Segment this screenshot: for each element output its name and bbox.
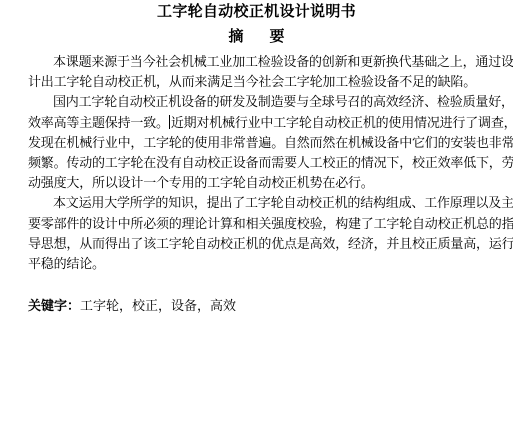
text-line: 本课题来源于当今社会机械工业加工检验设备的创新和更新换代基础之上，通过设 <box>28 53 488 73</box>
text-line: 频繁。传动的工字轮在没有自动校正设备而需要人工校正的情况下，校正效率低下，劳 <box>28 154 488 174</box>
abstract-body[interactable]: 本课题来源于当今社会机械工业加工检验设备的创新和更新换代基础之上，通过设 计出工… <box>28 53 488 275</box>
text-segment: 近期对机械行业中工字轮自动校正机的使用情况进行了调查， <box>171 116 513 131</box>
document-title: 工字轮自动校正机设计说明书 <box>0 1 513 21</box>
keywords-line: 关键字：工字轮，校正，设备，高效 <box>28 297 236 317</box>
text-cursor <box>169 115 170 129</box>
keywords-value: 工字轮，校正，设备，高效 <box>80 299 236 314</box>
abstract-heading-right: 要 <box>270 27 285 45</box>
text-line: 发现在机械行业中，工字轮的使用非常普遍。自然而然在机械设备中它们的安装也非常 <box>28 134 488 154</box>
text-line: 要零部件的设计中所必须的理论计算和相关强度校验，构建了工字轮自动校正机总的指 <box>28 215 488 235</box>
text-line: 本文运用大学所学的知识，提出了工字轮自动校正机的结构组成、工作原理以及主 <box>28 194 488 214</box>
paragraph-2: 国内工字轮自动校正机设备的研发及制造要与全球号召的高效经济、检验质量好， 效率高… <box>28 93 488 194</box>
paragraph-1: 本课题来源于当今社会机械工业加工检验设备的创新和更新换代基础之上，通过设 计出工… <box>28 53 488 93</box>
text-segment: 效率高等主题保持一致。 <box>28 116 169 131</box>
text-line: 计出工字轮自动校正机，从而来满足当今社会工字轮加工检验设备不足的缺陷。 <box>28 73 488 93</box>
text-line: 国内工字轮自动校正机设备的研发及制造要与全球号召的高效经济、检验质量好， <box>28 93 488 113</box>
text-line: 平稳的结论。 <box>28 255 488 275</box>
abstract-heading: 摘要 <box>0 26 513 46</box>
text-line: 动强度大，所以设计一个专用的工字轮自动校正机势在必行。 <box>28 174 488 194</box>
text-line: 导思想，从而得出了该工字轮自动校正机的优点是高效，经济，并且校正质量高，运行 <box>28 235 488 255</box>
paragraph-3: 本文运用大学所学的知识，提出了工字轮自动校正机的结构组成、工作原理以及主 要零部… <box>28 194 488 275</box>
text-line-with-cursor: 效率高等主题保持一致。近期对机械行业中工字轮自动校正机的使用情况进行了调查， <box>28 114 488 134</box>
abstract-heading-left: 摘 <box>228 27 243 45</box>
keywords-label: 关键字： <box>28 299 80 314</box>
